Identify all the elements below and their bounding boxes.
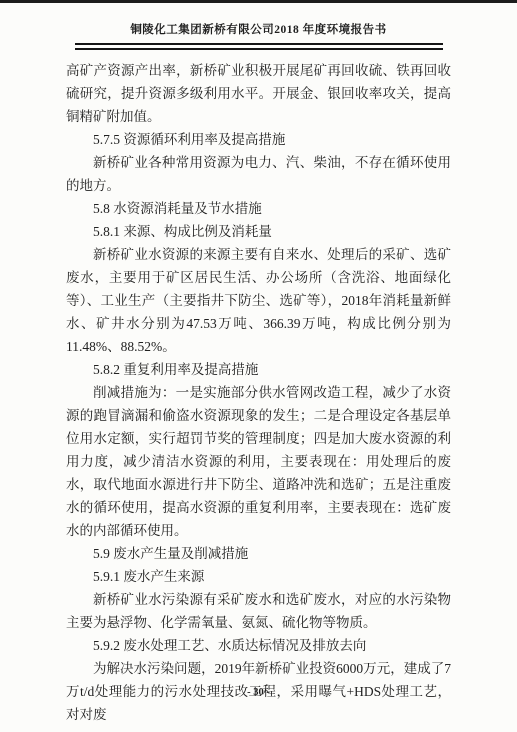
section-heading: 5.8.1 来源、构成比例及消耗量 <box>66 220 451 243</box>
scan-top-edge <box>0 0 517 3</box>
paragraph: 新桥矿业水污染源有采矿废水和选矿废水，对应的水污染物主要为悬浮物、化学需氧量、氨… <box>66 588 451 634</box>
page-header: 铜陵化工集团新桥有限公司2018 年度环境报告书 <box>0 0 517 37</box>
section-heading: 5.7.5 资源循环利用率及提高措施 <box>66 128 451 151</box>
section-heading: 5.8.2 重复利用率及提高措施 <box>66 358 451 381</box>
section-heading: 5.9.1 废水产生来源 <box>66 565 451 588</box>
section-heading: 5.9.2 废水处理工艺、水质达标情况及排放去向 <box>66 634 451 657</box>
section-heading: 5.9 废水产生量及削减措施 <box>66 542 451 565</box>
page-footer: - 30 - <box>0 687 517 698</box>
paragraph: 高矿产资源产出率，新桥矿业积极开展尾矿再回收硫、铁再回收硫研究，提升资源多级利用… <box>66 59 451 128</box>
paragraph: 新桥矿业各种常用资源为电力、汽、柴油，不存在循环使用的地方。 <box>66 151 451 197</box>
section-heading: 5.8 水资源消耗量及节水措施 <box>66 197 451 220</box>
document-body: 高矿产资源产出率，新桥矿业积极开展尾矿再回收硫、铁再回收硫研究，提升资源多级利用… <box>66 59 451 726</box>
page-number: - 30 - <box>247 687 270 698</box>
header-double-rule <box>75 43 443 50</box>
document-page: 铜陵化工集团新桥有限公司2018 年度环境报告书 高矿产资源产出率，新桥矿业积极… <box>0 0 517 732</box>
header-title: 铜陵化工集团新桥有限公司2018 年度环境报告书 <box>130 24 386 36</box>
paragraph: 新桥矿业水资源的来源主要有自来水、处理后的采矿、选矿废水，主要用于矿区居民生活、… <box>66 243 451 358</box>
paragraph: 削减措施为：一是实施部分供水管网改造工程，减少了水资源的跑冒滴漏和偷盗水资源现象… <box>66 381 451 542</box>
